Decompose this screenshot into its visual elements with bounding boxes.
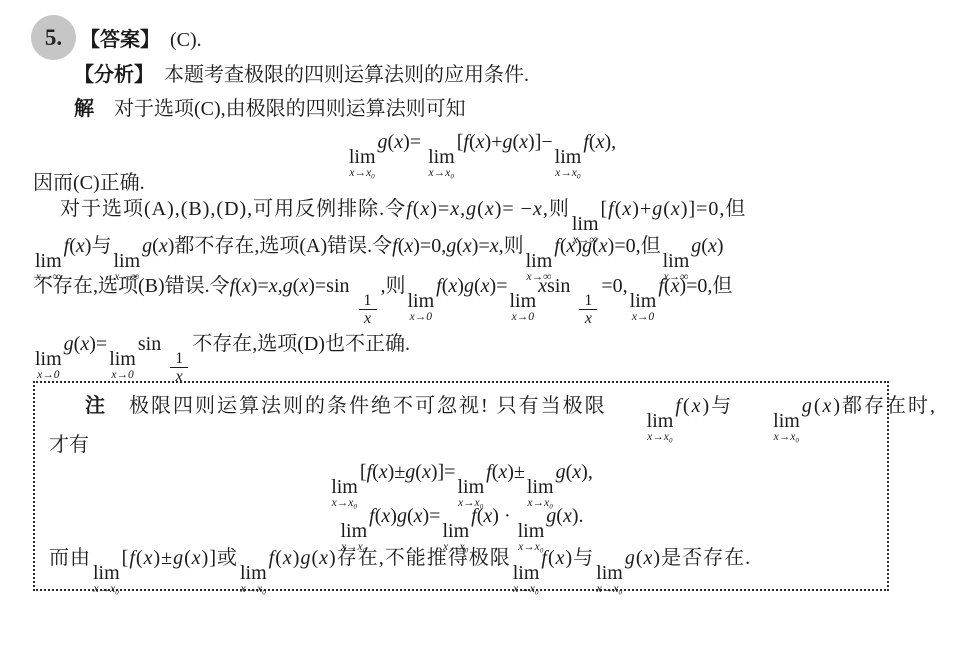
limit-notation: limx→x₀ bbox=[609, 411, 674, 443]
limit-notation: limx→x₀ bbox=[555, 147, 582, 179]
counterexample-line-4: limx→0g(x)=limx→0sin 1x不存在,选项(D)也不正确. bbox=[33, 329, 410, 385]
limit-notation: limx→x₀ bbox=[513, 563, 540, 595]
limit-notation: limx→0 bbox=[35, 349, 62, 381]
analysis-line: 【分析】 本题考查极限的四则运算法则的应用条件. bbox=[74, 60, 529, 90]
note-line-2: 才有 bbox=[49, 430, 89, 460]
answer-line: 【答案】 (C). bbox=[80, 25, 202, 55]
limit-notation: limx→x₀ bbox=[428, 147, 455, 179]
problem-number: 5. bbox=[45, 25, 62, 51]
limit-notation: limx→x₀ bbox=[735, 411, 800, 443]
fraction: 1x bbox=[359, 292, 377, 327]
limit-notation: limx→0 bbox=[630, 291, 657, 323]
note-line-1: 注 极限四则运算法则的条件绝不可忽视! 只有当极限limx→x₀f(x)与lim… bbox=[47, 391, 937, 443]
problem-number-badge: 5. bbox=[31, 15, 76, 60]
limit-notation: limx→x₀ bbox=[596, 563, 623, 595]
limit-notation: limx→x₀ bbox=[349, 147, 376, 179]
note-line-3: 而由limx→x₀[f(x)±g(x)]或limx→x₀f(x)g(x)存在,不… bbox=[49, 543, 751, 595]
limit-notation: limx→0 bbox=[509, 291, 536, 323]
solution-intro-line: 解 对于选项(C),由极限的四则运算法则可知 bbox=[74, 94, 466, 124]
limit-notation: limx→x₀ bbox=[93, 563, 120, 595]
limit-notation: limx→0 bbox=[408, 291, 435, 323]
fraction: 1x bbox=[170, 350, 188, 385]
counterexample-line-3: 不存在,选项(B)错误.令f(x)=x,g(x)=sin 1x,则limx→0f… bbox=[33, 271, 732, 327]
fraction: 1x bbox=[579, 292, 597, 327]
textbook-solution-page: 5. 【答案】 (C). 【分析】 本题考查极限的四则运算法则的应用条件. 解 … bbox=[0, 0, 963, 653]
limit-notation: limx→x₀ bbox=[240, 563, 267, 595]
limit-notation: limx→0 bbox=[109, 349, 136, 381]
note-box: 注 极限四则运算法则的条件绝不可忽视! 只有当极限limx→x₀f(x)与lim… bbox=[33, 381, 889, 591]
